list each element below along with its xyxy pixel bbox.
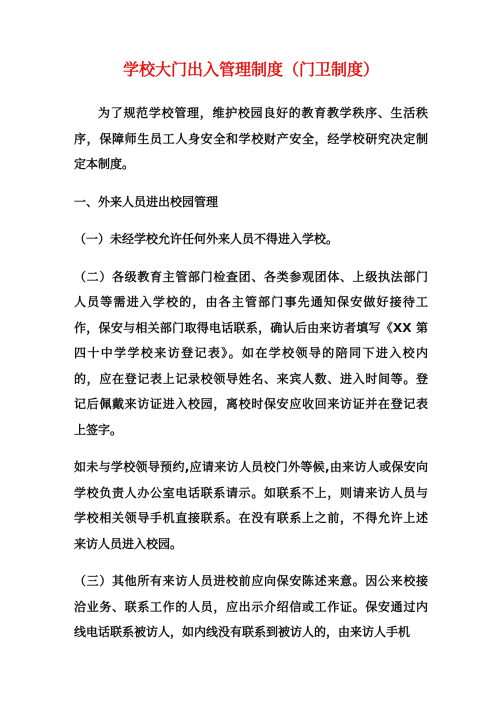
document-page: 学校大门出入管理制度（门卫制度） 为了规范学校管理，维护校园良好的教育教学秩序、… bbox=[0, 0, 500, 707]
text-line: 为了规范学校管理，维护校园良好的教育教学秩序、生活秩 bbox=[74, 101, 428, 127]
text-line: 作，保安与相关部门取得电话联系，确认后由来访者填写《XX 第 bbox=[74, 316, 428, 342]
text-line: 如未与学校领导预约,应请来访人员校门外等候,由来访人或保安向 bbox=[74, 455, 428, 481]
text-line: 四十中学学校来访登记表》。如在学校领导的陪同下进入校内 bbox=[74, 341, 428, 367]
text-line: 序，保障师生员工人身安全和学校财产安全，经学校研究决定制 bbox=[74, 127, 428, 153]
intro-paragraph: 为了规范学校管理，维护校园良好的教育教学秩序、生活秩序，保障师生员工人身安全和学… bbox=[74, 101, 428, 178]
rule-item-2: （二）各级教育主管部门检查团、各类参观团体、上级执法部门人员等需进入学校的，由各… bbox=[74, 265, 428, 444]
text-line: 上签字。 bbox=[74, 418, 428, 444]
rule-item-3: （三）其他所有来访人员进校前应向保安陈述来意。因公来校接洽业务、联系工作的人员，… bbox=[74, 569, 428, 646]
text-line: 学校相关领导手机直接联系。在没有联系上之前，不得允许上述 bbox=[74, 506, 428, 532]
text-line: 定本制度。 bbox=[74, 152, 428, 178]
text-line: 洽业务、联系工作的人员，应出示介绍信或工作证。保安通过内 bbox=[74, 595, 428, 621]
text-line: （一）未经学校允许任何外来人员不得进入学校。 bbox=[74, 227, 428, 253]
document-title: 学校大门出入管理制度（门卫制度） bbox=[74, 58, 428, 82]
text-line: 记后佩戴来访证进入校园，离校时保安应收回来访证并在登记表 bbox=[74, 392, 428, 418]
text-line: 人员等需进入学校的，由各主管部门事先通知保安做好接待工 bbox=[74, 290, 428, 316]
text-line: （三）其他所有来访人员进校前应向保安陈述来意。因公来校接 bbox=[74, 569, 428, 595]
rule-item-1: （一）未经学校允许任何外来人员不得进入学校。 bbox=[74, 227, 428, 253]
text-line: 线电话联系被访人，如内线没有联系到被访人的，由来访人手机 bbox=[74, 620, 428, 646]
text-line: （二）各级教育主管部门检查团、各类参观团体、上级执法部门 bbox=[74, 265, 428, 291]
text-line: 的，应在登记表上记录校领导姓名、来宾人数、进入时间等。登 bbox=[74, 367, 428, 393]
text-line: 学校负责人办公室电话联系请示。如联系不上，则请来访人员与 bbox=[74, 481, 428, 507]
section-1-heading: 一、外来人员进出校园管理 bbox=[74, 190, 428, 216]
text-line: 一、外来人员进出校园管理 bbox=[74, 190, 428, 216]
rule-item-2-note: 如未与学校领导预约,应请来访人员校门外等候,由来访人或保安向学校负责人办公室电话… bbox=[74, 455, 428, 557]
text-line: 来访人员进入校园。 bbox=[74, 532, 428, 558]
document-content: 学校大门出入管理制度（门卫制度） 为了规范学校管理，维护校园良好的教育教学秩序、… bbox=[0, 0, 500, 646]
